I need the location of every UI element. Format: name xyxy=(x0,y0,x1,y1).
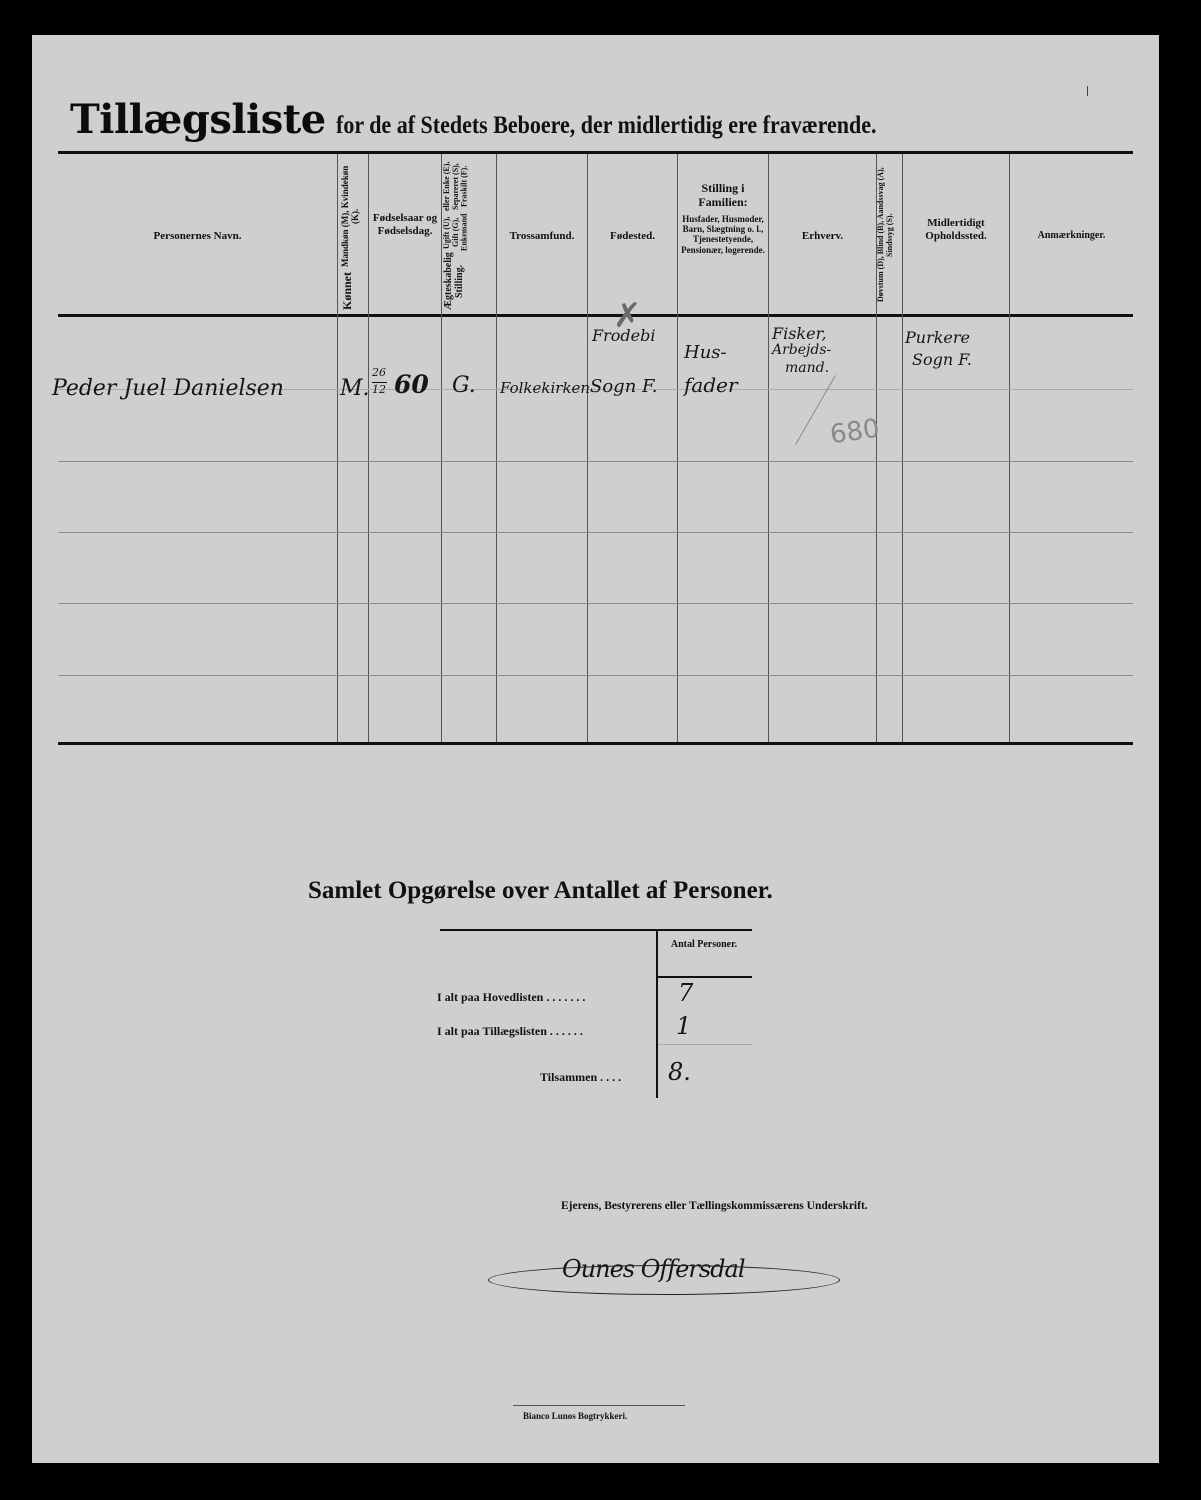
summary-header-rule xyxy=(658,976,752,978)
row-divider xyxy=(58,461,1133,462)
title-rest-text: for de af Stedets Beboere, der midlertid… xyxy=(336,112,757,139)
cell-family-position-1: Hus- xyxy=(684,342,727,363)
signature-flourish xyxy=(488,1265,840,1295)
summary-total-rule xyxy=(658,1044,752,1045)
title-main: Tillægsliste xyxy=(70,96,326,143)
cell-occupation-2: Arbejds- xyxy=(772,342,831,358)
header-sex-title: Kønnet xyxy=(341,272,367,310)
cell-birth-year: 60 xyxy=(394,370,429,399)
table-header-rule xyxy=(58,314,1133,317)
col-divider xyxy=(368,154,369,742)
pencil-mark xyxy=(1087,86,1088,96)
summary-column-header: Antal Personer. xyxy=(664,939,744,951)
header-name: Personernes Navn. xyxy=(58,230,337,243)
table-bottom-rule xyxy=(58,742,1133,745)
printer-imprint: Bianco Lunos Bogtrykkeri. xyxy=(523,1411,627,1421)
cell-birth-month: 12 xyxy=(372,383,386,396)
cell-religion: Folkekirken xyxy=(500,379,590,397)
cell-birth-day: 26 xyxy=(372,366,386,379)
summary-label-main-list: I alt paa Hovedlisten . . . . . . . xyxy=(437,990,585,1005)
summary-label-supplement-list: I alt paa Tillægslisten . . . . . . xyxy=(437,1024,583,1039)
header-remarks: Anmærkninger. xyxy=(1010,230,1133,242)
header-birth: Fødselsaar og Fødselsdag. xyxy=(369,212,441,237)
header-religion: Trossamfund. xyxy=(497,230,587,243)
printer-rule xyxy=(513,1405,685,1406)
header-occupation: Erhverv. xyxy=(769,230,876,243)
summary-value-total: 8. xyxy=(668,1058,691,1086)
summary-label-total: Tilsammen . . . . xyxy=(540,1070,621,1085)
cell-birthplace-2: Sogn F. xyxy=(590,376,657,397)
header-marital-title: Ægteskabelig Stilling. xyxy=(443,252,495,310)
header-family-position-title: Stilling i Familien: xyxy=(693,182,753,210)
col-divider xyxy=(1009,154,1010,742)
summary-vertical-rule xyxy=(656,931,658,1098)
col-divider xyxy=(902,154,903,742)
header-birthplace: Fødested. xyxy=(588,230,677,243)
row-divider xyxy=(58,675,1133,676)
header-disability: Døvstum (D), Blind (B), Aandssvag (A), S… xyxy=(877,160,902,310)
cell-temp-residence-1: Purkere xyxy=(905,328,970,347)
census-form-page xyxy=(32,35,1159,1463)
cell-name: Peder Juel Danielsen xyxy=(52,376,284,401)
row-divider xyxy=(58,532,1133,533)
cell-occupation-1: Fisker, xyxy=(772,324,827,343)
cell-marital: G. xyxy=(452,373,476,398)
cell-occupation-3: mand. xyxy=(785,360,829,376)
summary-title: Samlet Opgørelse over Antallet af Person… xyxy=(308,877,773,905)
header-marital: Ægteskabelig Stilling. Ugift (U), Gift (… xyxy=(443,160,495,310)
header-sex: Kønnet Mandkøn (M), Kvindekøn (K). xyxy=(341,160,367,310)
title-subtitle: for de af Stedets Beboere, der midlertid… xyxy=(336,112,877,140)
header-temp-residence: Midlertidigt Opholdssted. xyxy=(912,217,1000,242)
cell-temp-residence-2: Sogn F. xyxy=(912,350,972,369)
signature-label: Ejerens, Bestyrerens eller Tællingskommi… xyxy=(561,1200,868,1212)
cell-family-position-2: fader xyxy=(684,373,738,397)
cell-sex: M. xyxy=(340,376,370,401)
summary-value-supplement-list: 1 xyxy=(676,1012,691,1040)
summary-value-main-list: 7 xyxy=(678,979,693,1007)
row-divider xyxy=(58,603,1133,604)
header-sex-options: Mandkøn (M), Kvindekøn (K). xyxy=(341,160,367,272)
table-top-rule xyxy=(58,151,1133,154)
summary-top-rule xyxy=(440,929,752,931)
header-marital-options-1: Ugift (U), Gift (G), Enkemand xyxy=(443,213,495,252)
header-family-position-options: Husfader, Husmoder, Barn, Slægtning o. l… xyxy=(680,214,766,255)
form-title: Tillægslistefor de af Stedets Beboere, d… xyxy=(70,96,950,143)
col-divider xyxy=(337,154,338,742)
header-marital-options-2: eller Enke (E), Separeret (S), Fraskilt … xyxy=(443,160,495,213)
header-family-position: Stilling i Familien: Husfader, Husmoder,… xyxy=(680,182,766,255)
pencil-cross-mark: ✗ xyxy=(613,296,642,336)
col-divider xyxy=(677,154,678,742)
title-emphasis: fraværende. xyxy=(762,112,876,139)
